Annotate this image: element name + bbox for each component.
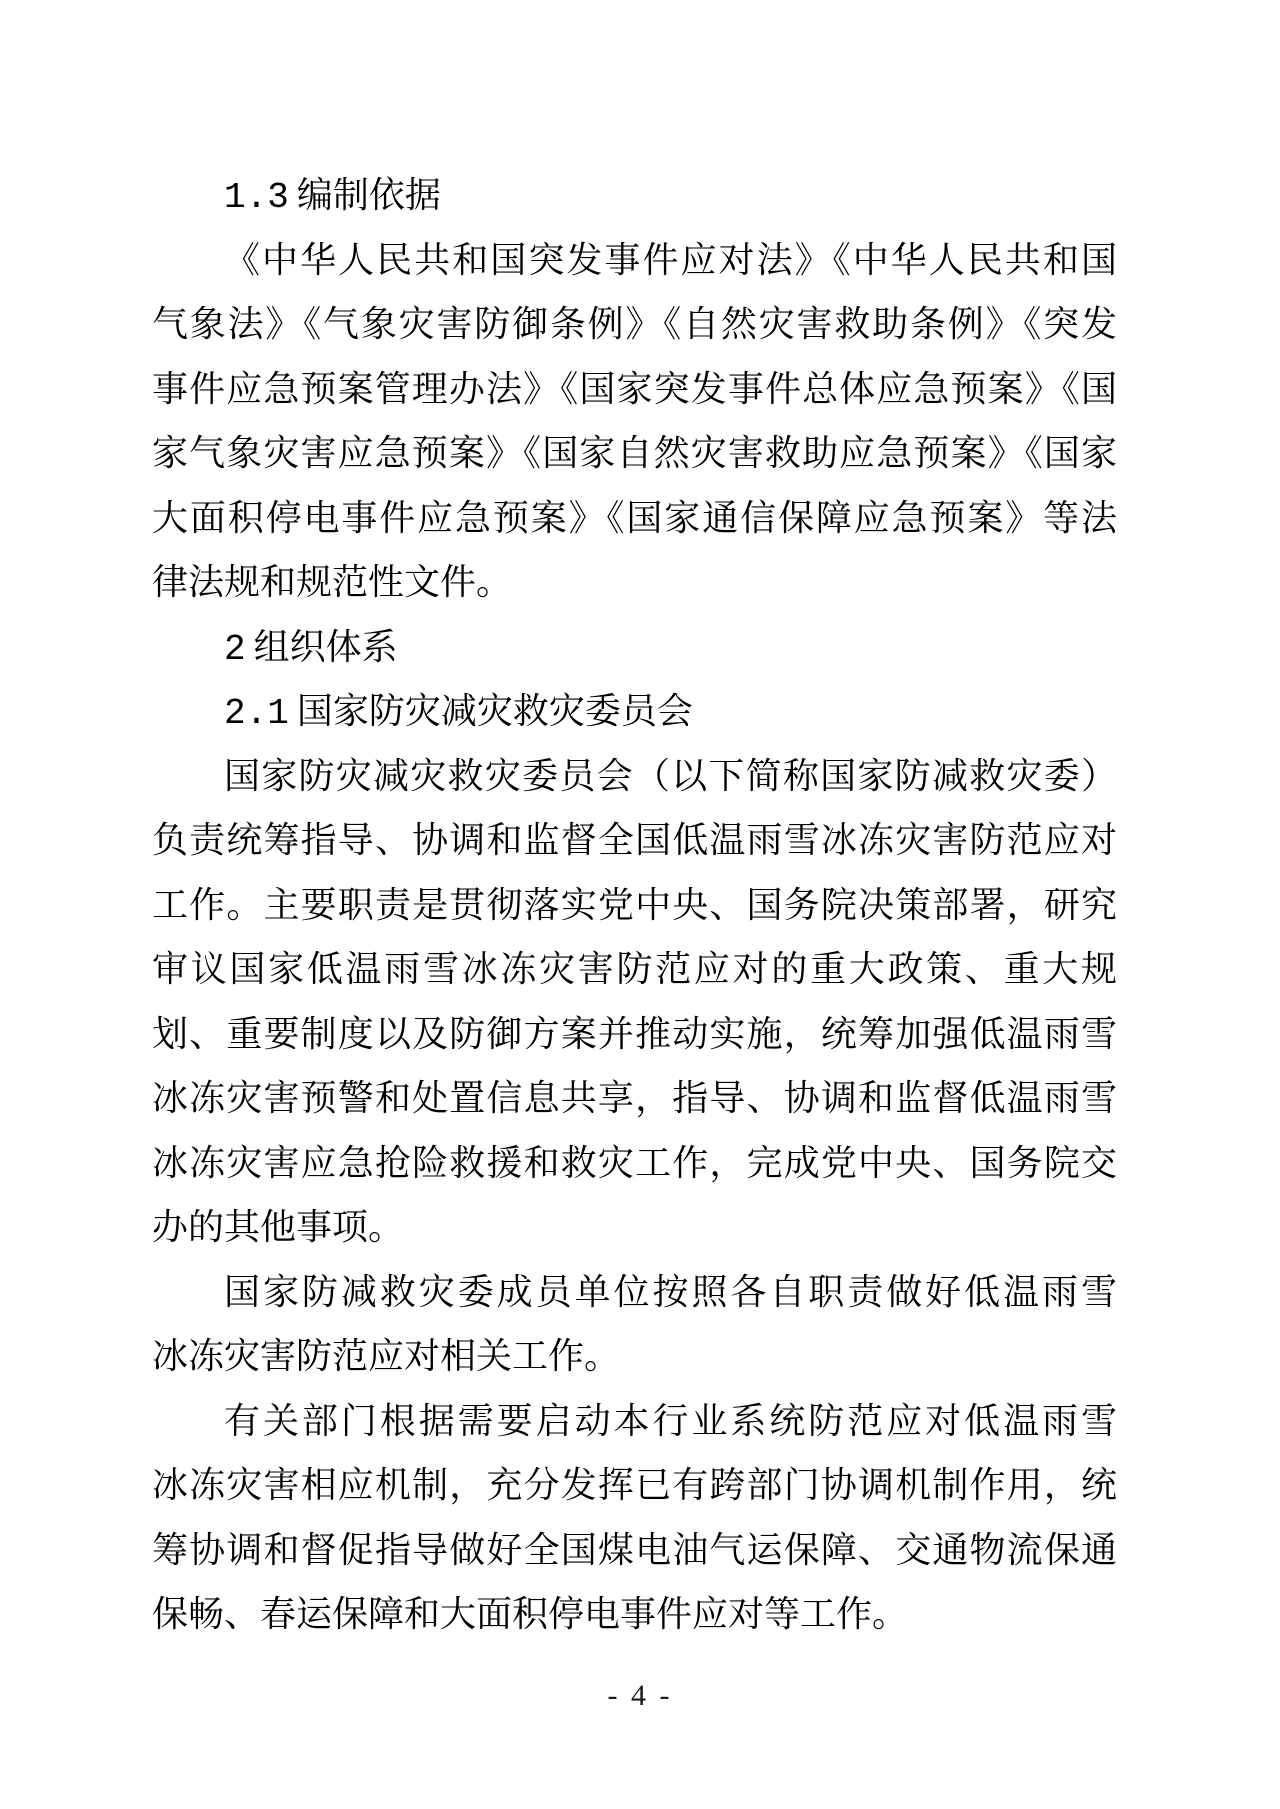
text-line: 《中华人民共和国突发事件应对法》《中华人民共和国 [152,228,1117,293]
text-line: 国家防减救灾委成员单位按照各自职责做好低温雨雪 [152,1260,1117,1325]
text-line: 家气象灾害应急预案》《国家自然灾害救助应急预案》《国家 [152,421,1117,486]
page-footer: - 4 - [0,1676,1280,1716]
paragraph: 国家防灾减灾救灾委员会（以下简称国家防减救灾委）负责统筹指导、协调和监督全国低温… [152,744,1117,1260]
heading-number: 2 [224,629,246,670]
section-heading: 1.3编制依据 [152,163,1117,228]
paragraph: 《中华人民共和国突发事件应对法》《中华人民共和国气象法》《气象灾害防御条例》《自… [152,228,1117,615]
paragraph: 国家防减救灾委成员单位按照各自职责做好低温雨雪冰冻灾害防范应对相关工作。 [152,1260,1117,1389]
text-line: 冰冻灾害防范应对相关工作。 [152,1324,1117,1389]
text-line: 冰冻灾害应急抢险救援和救灾工作，完成党中央、国务院交 [152,1131,1117,1196]
text-line: 审议国家低温雨雪冰冻灾害防范应对的重大政策、重大规 [152,937,1117,1002]
section-heading: 2组织体系 [152,615,1117,680]
text-line: 办的其他事项。 [152,1195,1117,1260]
text-line: 筹协调和督促指导做好全国煤电油气运保障、交通物流保通 [152,1518,1117,1583]
section-heading: 2.1国家防灾减灾救灾委员会 [152,679,1117,744]
text-line: 工作。主要职责是贯彻落实党中央、国务院决策部署，研究 [152,873,1117,938]
heading-number: 2.1 [224,693,289,734]
text-line: 负责统筹指导、协调和监督全国低温雨雪冰冻灾害防范应对 [152,808,1117,873]
document-content: 1.3编制依据《中华人民共和国突发事件应对法》《中华人民共和国气象法》《气象灾害… [152,163,1117,1647]
text-line: 大面积停电事件应急预案》《国家通信保障应急预案》等法 [152,486,1117,551]
heading-title: 国家防灾减灾救灾委员会 [297,690,693,731]
heading-title: 编制依据 [297,174,441,215]
text-line: 事件应急预案管理办法》《国家突发事件总体应急预案》《国 [152,357,1117,422]
text-line: 划、重要制度以及防御方案并推动实施，统筹加强低温雨雪 [152,1002,1117,1067]
page-number: - 4 - [608,1679,673,1712]
text-line: 律法规和规范性文件。 [152,550,1117,615]
text-line: 冰冻灾害预警和处置信息共享，指导、协调和监督低温雨雪 [152,1066,1117,1131]
text-line: 冰冻灾害相应机制，充分发挥已有跨部门协调机制作用，统 [152,1453,1117,1518]
text-line: 气象法》《气象灾害防御条例》《自然灾害救助条例》《突发 [152,292,1117,357]
heading-title: 组织体系 [254,626,398,667]
text-line: 有关部门根据需要启动本行业系统防范应对低温雨雪 [152,1389,1117,1454]
document-page: 1.3编制依据《中华人民共和国突发事件应对法》《中华人民共和国气象法》《气象灾害… [0,0,1280,1809]
text-line: 保畅、春运保障和大面积停电事件应对等工作。 [152,1582,1117,1647]
text-line: 国家防灾减灾救灾委员会（以下简称国家防减救灾委） [152,744,1117,809]
heading-number: 1.3 [224,177,289,218]
paragraph: 有关部门根据需要启动本行业系统防范应对低温雨雪冰冻灾害相应机制，充分发挥已有跨部… [152,1389,1117,1647]
